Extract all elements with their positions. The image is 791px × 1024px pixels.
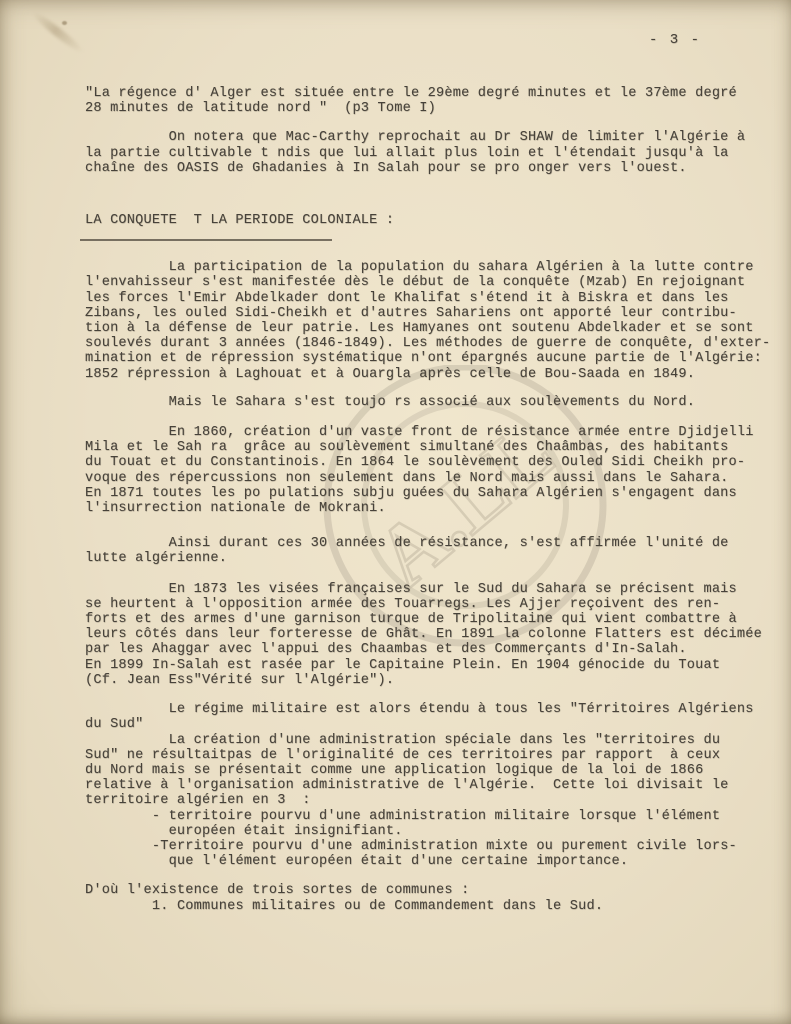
paragraph-regence-quote: "La régence d' Alger est située entre le… xyxy=(85,86,773,116)
scanned-document-page: A.LL - 3 - "La régence d' Alger est situ… xyxy=(0,0,791,1024)
paragraph-trois-communes: D'où l'existence de trois sortes de comm… xyxy=(85,883,773,913)
heading-underline xyxy=(80,239,332,241)
paragraph-regime-militaire: Le régime militaire est alors étendu à t… xyxy=(85,702,773,732)
paragraph-participation: La participation de la population du sah… xyxy=(85,260,773,382)
paragraph-mccarthy: On notera que Mac-Carthy reprochait au D… xyxy=(85,130,773,176)
paragraph-1860: En 1860, création d'un vaste front de ré… xyxy=(85,425,773,516)
paragraph-ainsi: Ainsi durant ces 30 années de résistance… xyxy=(85,536,773,566)
paragraph-mais-sahara: Mais le Sahara s'est toujo rs associé au… xyxy=(85,395,773,410)
document-body: "La régence d' Alger est située entre le… xyxy=(0,0,791,1024)
paragraph-1873: En 1873 les visées françaises sur le Sud… xyxy=(85,582,773,688)
section-heading: LA CONQUETE T LA PERIODE COLONIALE : xyxy=(85,213,773,228)
paragraph-creation-administration: La création d'une administration spécial… xyxy=(85,733,773,870)
